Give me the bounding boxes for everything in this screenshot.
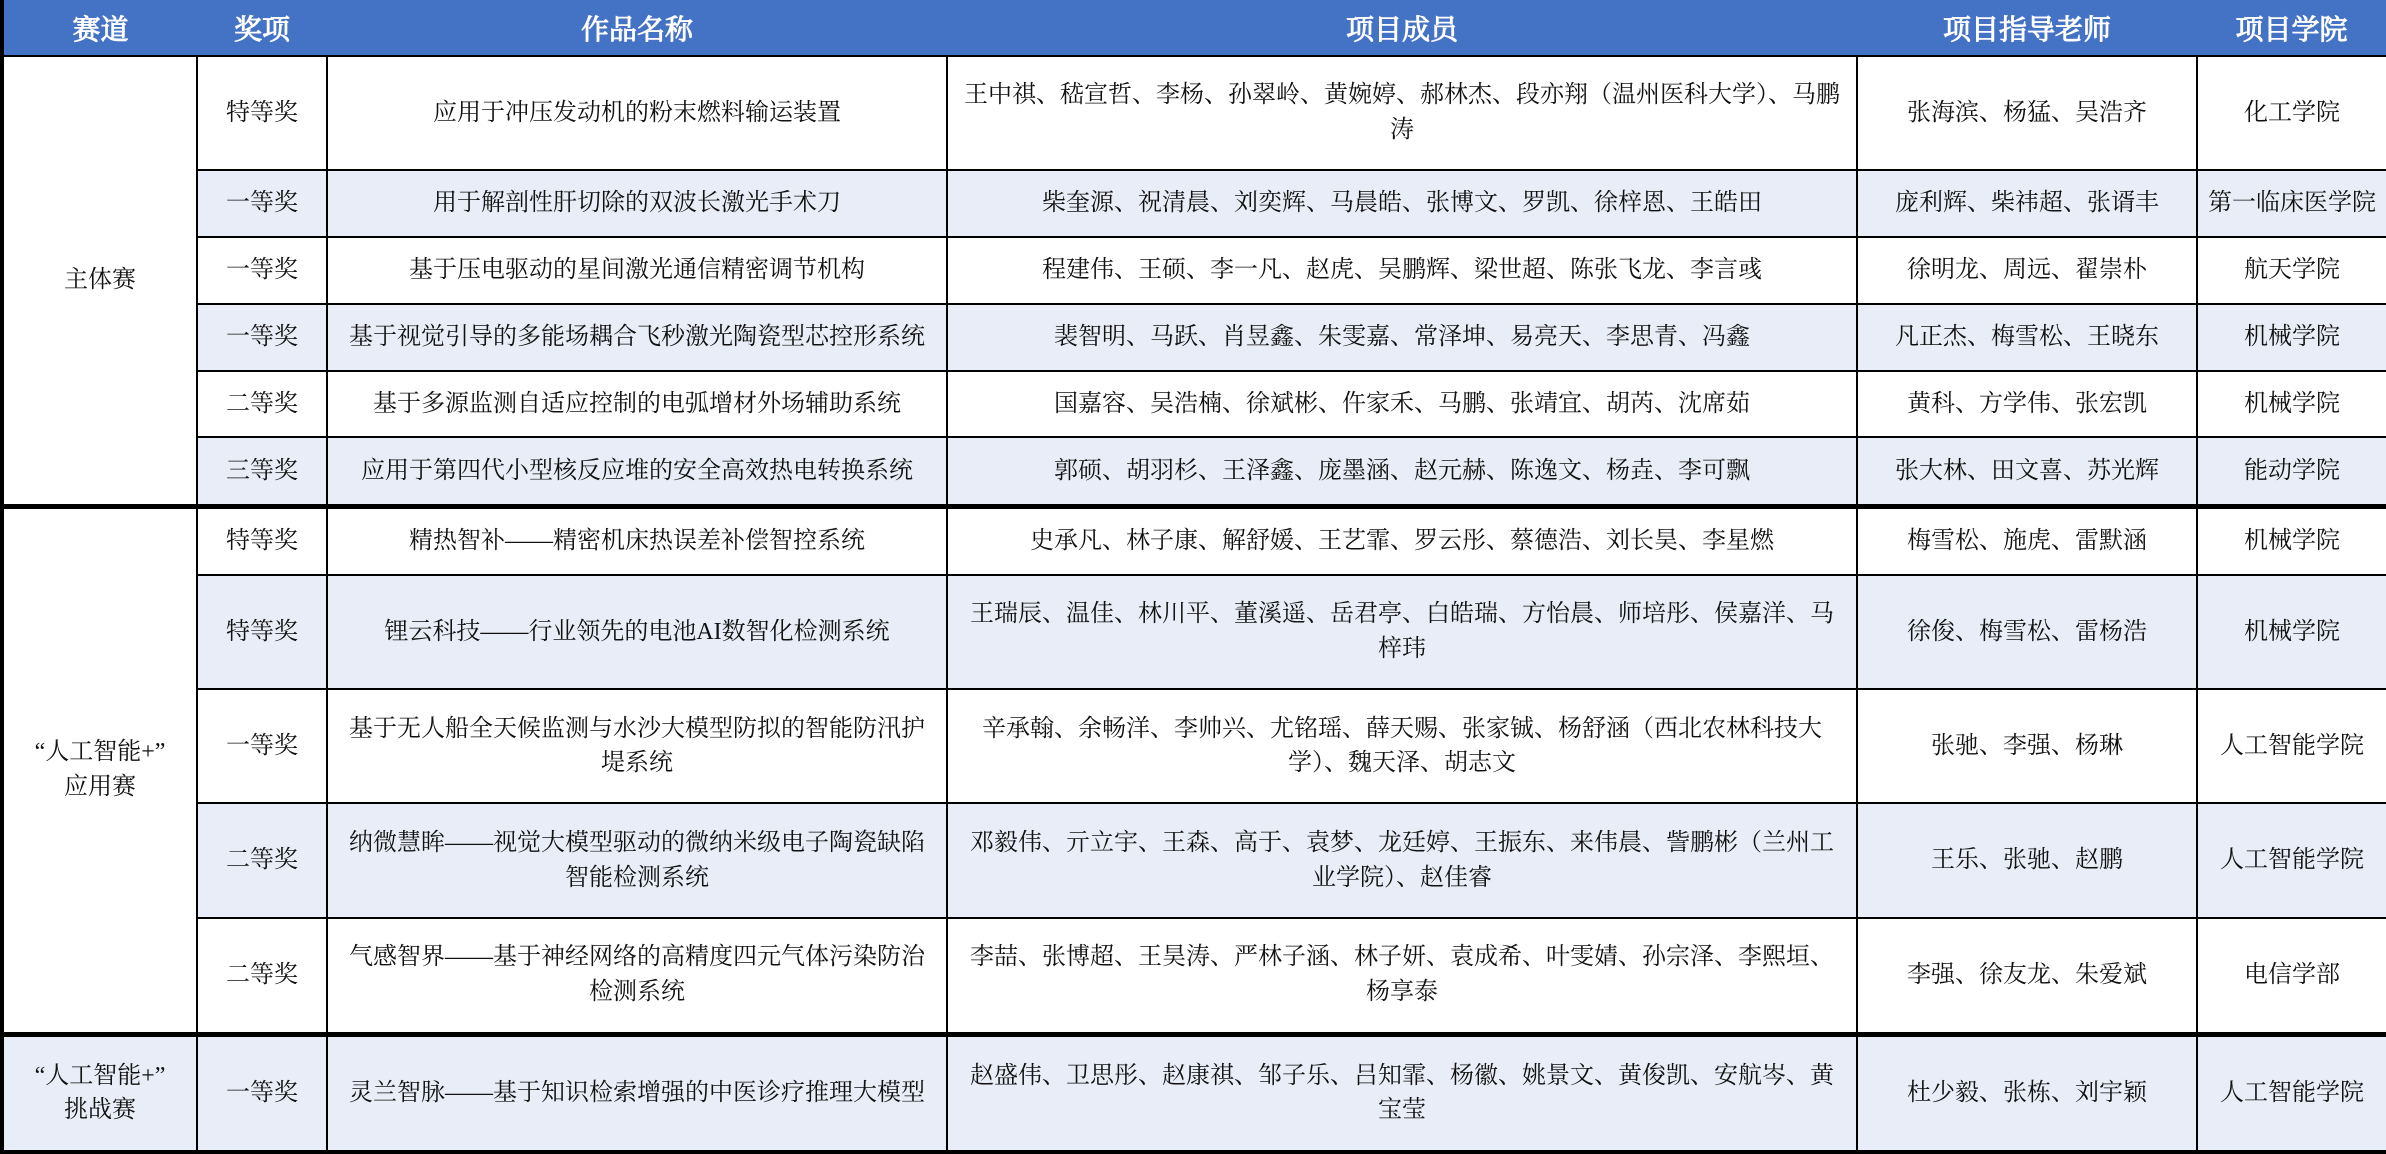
table-row: 二等奖纳微慧眸——视觉大模型驱动的微纳米级电子陶瓷缺陷智能检测系统邓毅伟、亓立宇… — [2, 803, 2386, 917]
college-cell: 人工智能学院 — [2197, 803, 2386, 917]
advisors-cell: 黄科、方学伟、张宏凯 — [1857, 371, 2197, 438]
title-cell: 精热智补——精密机床热误差补偿智控系统 — [327, 506, 947, 575]
table-row: 一等奖基于压电驱动的星间激光通信精密调节机构程建伟、王硕、李一凡、赵虎、吴鹏辉、… — [2, 237, 2386, 304]
college-cell: 电信学部 — [2197, 918, 2386, 1034]
col-header-advisors: 项目指导老师 — [1857, 0, 2197, 56]
advisors-cell: 梅雪松、施虎、雷默涵 — [1857, 506, 2197, 575]
award-cell: 三等奖 — [197, 437, 327, 506]
award-cell: 特等奖 — [197, 56, 327, 170]
table-row: 三等奖应用于第四代小型核反应堆的安全高效热电转换系统郭硕、胡羽杉、王泽鑫、庞墨涵… — [2, 437, 2386, 506]
advisors-cell: 李强、徐友龙、朱爱斌 — [1857, 918, 2197, 1034]
advisors-cell: 张驰、李强、杨琳 — [1857, 689, 2197, 803]
title-cell: 基于多源监测自适应控制的电弧增材外场辅助系统 — [327, 371, 947, 438]
table-row: 二等奖气感智界——基于神经网络的高精度四元气体污染防治检测系统李喆、张博超、王昊… — [2, 918, 2386, 1034]
college-cell: 化工学院 — [2197, 56, 2386, 170]
members-cell: 邓毅伟、亓立宇、王森、高于、袁梦、龙廷婷、王振东、来伟晨、訾鹏彬（兰州工业学院）… — [947, 803, 1857, 917]
award-cell: 特等奖 — [197, 575, 327, 689]
college-cell: 机械学院 — [2197, 304, 2386, 371]
table-row: “人工智能+” 应用赛特等奖精热智补——精密机床热误差补偿智控系统史承凡、林子康… — [2, 506, 2386, 575]
college-cell: 人工智能学院 — [2197, 689, 2386, 803]
award-cell: 一等奖 — [197, 304, 327, 371]
title-cell: 应用于冲压发动机的粉末燃料输运装置 — [327, 56, 947, 170]
title-cell: 应用于第四代小型核反应堆的安全高效热电转换系统 — [327, 437, 947, 506]
advisors-cell: 徐俊、梅雪松、雷杨浩 — [1857, 575, 2197, 689]
track-cell: “人工智能+” 挑战赛 — [2, 1034, 197, 1152]
members-cell: 王中祺、嵇宣哲、李杨、孙翠岭、黄婉婷、郝林杰、段亦翔（温州医科大学）、马鹏涛 — [947, 56, 1857, 170]
advisors-cell: 王乐、张驰、赵鹏 — [1857, 803, 2197, 917]
table-row: 特等奖锂云科技——行业领先的电池AI数智化检测系统王瑞辰、温佳、林川平、董溪遥、… — [2, 575, 2386, 689]
members-cell: 柴奎源、祝清晨、刘奕辉、马晨皓、张博文、罗凯、徐梓恩、王皓田 — [947, 170, 1857, 237]
award-cell: 二等奖 — [197, 803, 327, 917]
members-cell: 史承凡、林子康、解舒媛、王艺霏、罗云彤、蔡德浩、刘长昊、李星燃 — [947, 506, 1857, 575]
table-row: 二等奖基于多源监测自适应控制的电弧增材外场辅助系统国嘉容、吴浩楠、徐斌彬、仵家禾… — [2, 371, 2386, 438]
members-cell: 赵盛伟、卫思彤、赵康祺、邹子乐、吕知霏、杨徽、姚景文、黄俊凯、安航岑、黄宝莹 — [947, 1034, 1857, 1152]
college-cell: 第一临床医学院 — [2197, 170, 2386, 237]
advisors-cell: 凡正杰、梅雪松、王晓东 — [1857, 304, 2197, 371]
members-cell: 郭硕、胡羽杉、王泽鑫、庞墨涵、赵元赫、陈逸文、杨垚、李可飘 — [947, 437, 1857, 506]
col-header-track: 赛道 — [2, 0, 197, 56]
members-cell: 王瑞辰、温佳、林川平、董溪遥、岳君亭、白皓瑞、方怡晨、师培彤、侯嘉洋、马梓玮 — [947, 575, 1857, 689]
table-row: “人工智能+” 挑战赛一等奖灵兰智脉——基于知识检索增强的中医诊疗推理大模型赵盛… — [2, 1034, 2386, 1152]
advisors-cell: 张海滨、杨猛、吴浩齐 — [1857, 56, 2197, 170]
college-cell: 人工智能学院 — [2197, 1034, 2386, 1152]
awards-table: 赛道 奖项 作品名称 项目成员 项目指导老师 项目学院 主体赛特等奖应用于冲压发… — [0, 0, 2386, 1154]
college-cell: 能动学院 — [2197, 437, 2386, 506]
title-cell: 基于视觉引导的多能场耦合飞秒激光陶瓷型芯控形系统 — [327, 304, 947, 371]
table-body: 主体赛特等奖应用于冲压发动机的粉末燃料输运装置王中祺、嵇宣哲、李杨、孙翠岭、黄婉… — [2, 56, 2386, 1152]
award-cell: 一等奖 — [197, 237, 327, 304]
members-cell: 裴智明、马跃、肖昱鑫、朱雯嘉、常泽坤、易亮天、李思青、冯鑫 — [947, 304, 1857, 371]
college-cell: 机械学院 — [2197, 371, 2386, 438]
title-cell: 纳微慧眸——视觉大模型驱动的微纳米级电子陶瓷缺陷智能检测系统 — [327, 803, 947, 917]
members-cell: 国嘉容、吴浩楠、徐斌彬、仵家禾、马鹏、张靖宜、胡芮、沈席茹 — [947, 371, 1857, 438]
college-cell: 机械学院 — [2197, 506, 2386, 575]
title-cell: 灵兰智脉——基于知识检索增强的中医诊疗推理大模型 — [327, 1034, 947, 1152]
advisors-cell: 杜少毅、张栋、刘宇颖 — [1857, 1034, 2197, 1152]
track-cell: “人工智能+” 应用赛 — [2, 506, 197, 1034]
award-cell: 一等奖 — [197, 689, 327, 803]
title-cell: 气感智界——基于神经网络的高精度四元气体污染防治检测系统 — [327, 918, 947, 1034]
advisors-cell: 徐明龙、周远、翟崇朴 — [1857, 237, 2197, 304]
advisors-cell: 庞利辉、柴祎超、张谞丰 — [1857, 170, 2197, 237]
col-header-members: 项目成员 — [947, 0, 1857, 56]
title-cell: 基于无人船全天候监测与水沙大模型防拟的智能防汛护堤系统 — [327, 689, 947, 803]
title-cell: 锂云科技——行业领先的电池AI数智化检测系统 — [327, 575, 947, 689]
table-row: 一等奖基于无人船全天候监测与水沙大模型防拟的智能防汛护堤系统辛承翰、余畅洋、李帅… — [2, 689, 2386, 803]
college-cell: 航天学院 — [2197, 237, 2386, 304]
members-cell: 辛承翰、余畅洋、李帅兴、尤铭瑶、薛天赐、张家铖、杨舒涵（西北农林科技大学）、魏天… — [947, 689, 1857, 803]
members-cell: 程建伟、王硕、李一凡、赵虎、吴鹏辉、梁世超、陈张飞龙、李言彧 — [947, 237, 1857, 304]
award-cell: 一等奖 — [197, 170, 327, 237]
table-row: 一等奖基于视觉引导的多能场耦合飞秒激光陶瓷型芯控形系统裴智明、马跃、肖昱鑫、朱雯… — [2, 304, 2386, 371]
members-cell: 李喆、张博超、王昊涛、严林子涵、林子妍、袁成希、叶雯婧、孙宗泽、李熙垣、杨享泰 — [947, 918, 1857, 1034]
title-cell: 用于解剖性肝切除的双波长激光手术刀 — [327, 170, 947, 237]
col-header-award: 奖项 — [197, 0, 327, 56]
track-cell: 主体赛 — [2, 56, 197, 506]
award-cell: 二等奖 — [197, 371, 327, 438]
title-cell: 基于压电驱动的星间激光通信精密调节机构 — [327, 237, 947, 304]
award-cell: 一等奖 — [197, 1034, 327, 1152]
table-header: 赛道 奖项 作品名称 项目成员 项目指导老师 项目学院 — [2, 0, 2386, 56]
col-header-title: 作品名称 — [327, 0, 947, 56]
table-row: 主体赛特等奖应用于冲压发动机的粉末燃料输运装置王中祺、嵇宣哲、李杨、孙翠岭、黄婉… — [2, 56, 2386, 170]
table-row: 一等奖用于解剖性肝切除的双波长激光手术刀柴奎源、祝清晨、刘奕辉、马晨皓、张博文、… — [2, 170, 2386, 237]
header-row: 赛道 奖项 作品名称 项目成员 项目指导老师 项目学院 — [2, 0, 2386, 56]
col-header-college: 项目学院 — [2197, 0, 2386, 56]
award-cell: 特等奖 — [197, 506, 327, 575]
award-cell: 二等奖 — [197, 918, 327, 1034]
college-cell: 机械学院 — [2197, 575, 2386, 689]
advisors-cell: 张大林、田文喜、苏光辉 — [1857, 437, 2197, 506]
